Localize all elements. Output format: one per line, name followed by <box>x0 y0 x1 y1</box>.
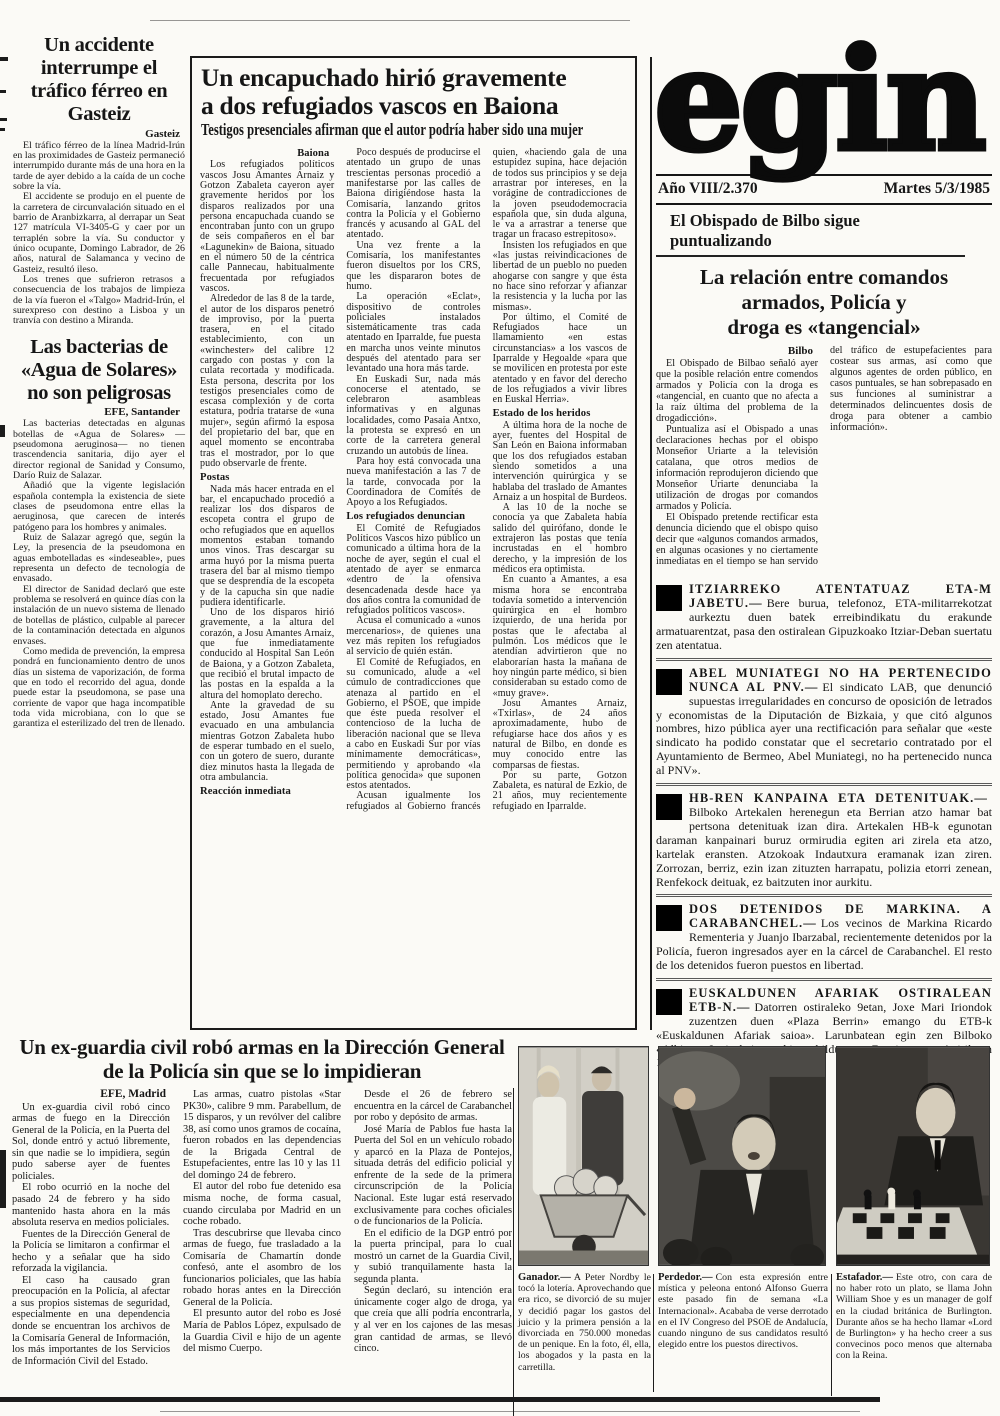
article-paragraph: Por su parte, Gotzon Zabaleta, es natura… <box>493 771 627 812</box>
article-paragraph: El accidente se produjo en el puente de … <box>13 192 185 275</box>
column-rule <box>513 1088 514 1416</box>
article-paragraph: El presunto autor del robo es José María… <box>183 1308 341 1354</box>
article-body: Las bacterias detectadas en algunas bote… <box>13 419 185 729</box>
photo-perdedor: Perdedor.—Con esta expresión entre místi… <box>658 1046 828 1350</box>
article-paragraph: Ante la gravedad de su estado, Josu Aman… <box>200 701 334 783</box>
brief-item: HB-REN KANPAINA ETA DETENITUAK.—Bilboko … <box>656 792 992 889</box>
black-square-bullet <box>656 989 682 1015</box>
scan-mark <box>0 128 5 131</box>
article-paragraph: En Euskadi Sur, nada más conocerse el at… <box>346 375 480 457</box>
article-paragraph: Según declaró, su intención era únicamen… <box>354 1285 512 1354</box>
article-headline: Las bacterias de «Agua de Solares» no so… <box>13 336 185 405</box>
newspaper-front-page: Un accidente interrumpe el tráfico férre… <box>0 0 1000 1416</box>
scan-mark <box>0 118 7 121</box>
lead-body: Baiona Los refugiados políticos vascos J… <box>200 148 627 1016</box>
lead-paragraphs: Los refugiados políticos vascos Josu Ama… <box>200 148 627 812</box>
article-paragraph: Los trenes que sufrieron retrasos a cons… <box>13 275 185 327</box>
caption-text: Con esta expresión entre mística y peleo… <box>658 1272 828 1350</box>
article-subhead: Postas <box>200 473 334 483</box>
article-paragraph: Alrededor de las 8 de la tarde, el autor… <box>200 294 334 469</box>
article-paragraph: Los refugiados políticos vascos Josu Ama… <box>200 160 334 294</box>
scan-line <box>150 20 630 21</box>
byline: EFE, Madrid <box>12 1089 166 1101</box>
scan-line <box>160 1411 860 1412</box>
article-paragraph: Uno de los disparos hirió gravemente, a … <box>200 608 334 701</box>
brief-separator <box>656 783 992 786</box>
scan-mark <box>0 57 8 61</box>
article-agua-solares: Las bacterias de «Agua de Solares» no so… <box>13 336 185 730</box>
scan-mark <box>0 90 6 93</box>
photo-ganador: Ganador.—A Peter Nordby le tocó la loter… <box>518 1046 651 1373</box>
article-paragraph: El autor del robo fue detenido esa misma… <box>183 1181 341 1227</box>
page-bottom-rule <box>0 1397 880 1402</box>
brief-item: ITZIARREKO ATENTATUAZ ETA-M JABETU.—Bere… <box>656 583 992 653</box>
caption-text: Este otro, con cara de no haber roto un … <box>836 1272 992 1361</box>
left-column: Un accidente interrumpe el tráfico férre… <box>13 34 185 730</box>
article-paragraph: Puntualiza así el Obispado a unas declar… <box>656 424 818 512</box>
article-subhead: Estado de los heridos <box>493 409 627 419</box>
article-obispado: El Obispado de Bilbo sigue puntualizando… <box>656 205 992 575</box>
estafador-photo-image <box>836 1046 990 1266</box>
caption-text: A Peter Nordby le tocó la lotería. Aprov… <box>518 1272 651 1373</box>
issue-date: Martes 5/3/1985 <box>884 180 990 198</box>
article-paragraph: Por último, el Comité de Refugiados hace… <box>493 313 627 406</box>
obispado-paragraphs: El Obispado de Bilbao señaló ayer que la… <box>656 345 992 575</box>
article-paragraph: El caso ha causado gran preocupación en … <box>12 1275 170 1367</box>
article-paragraph: Las bacterias detectadas en algunas bote… <box>13 419 185 481</box>
photo-estafador: Estafador.—Este otro, con cara de no hab… <box>836 1046 992 1362</box>
right-column: egin Año VIII/2.370 Martes 5/3/1985 El O… <box>656 38 992 1069</box>
brief-text: Bilboko Artekalen herenegun eta Berrian … <box>656 805 992 889</box>
lead-headline: Un encapuchado hirió gravemente a dos re… <box>201 64 627 119</box>
article-paragraph: Como medida de prevención, la empresa po… <box>13 647 185 730</box>
column-rule <box>650 57 652 1030</box>
article-paragraph: Un ex-guardia civil robó cinco armas de … <box>12 1102 170 1183</box>
brief-title: HB-REN KANPAINA ETA DETENITUAK.— <box>689 791 988 805</box>
article-paragraph: Tras descubrirse que llevaba cinco armas… <box>183 1228 341 1309</box>
article-paragraph: José María de Pablos fue hasta la Puerta… <box>354 1124 512 1228</box>
brief-separator <box>656 658 992 661</box>
article-paragraph: El tráfico férreo de la línea Madrid-Irú… <box>13 141 185 193</box>
scan-mark <box>0 425 5 437</box>
brief-separator <box>656 894 992 897</box>
black-square-bullet <box>656 585 682 611</box>
article-paragraph: Josu Amantes Arnaiz, «Txirlas», de 24 añ… <box>493 699 627 771</box>
photo-caption: Ganador.—A Peter Nordby le tocó la loter… <box>518 1272 651 1373</box>
article-paragraph: Poco después de producirse el atentado u… <box>346 148 480 241</box>
brief-separator <box>656 978 992 981</box>
article-paragraph: En cuanto a Amantes, a esa misma hora se… <box>493 575 627 699</box>
photo-caption: Estafador.—Este otro, con cara de no hab… <box>836 1272 992 1362</box>
caption-rule <box>831 1274 832 1396</box>
article-paragraph: El robo ocurrió en la noche del pasado 2… <box>12 1182 170 1228</box>
brief-item: ABEL MUNIATEGI NO HA PERTENECIDO NUNCA A… <box>656 667 992 778</box>
scan-mark <box>0 1150 6 1208</box>
article-headline: La relación entre comandos armados, Poli… <box>662 265 986 339</box>
article-subhead: Los refugiados denuncian <box>346 512 480 522</box>
article-paragraph: En el edificio de la DGP entró por la pu… <box>354 1228 512 1286</box>
article-headline: Un ex-guardia civil robó armas en la Dir… <box>12 1036 512 1083</box>
news-briefs: ITZIARREKO ATENTATUAZ ETA-M JABETU.—Bere… <box>656 583 992 1069</box>
article-paragraph: El Obispado de Bilbao señaló ayer que la… <box>656 358 818 424</box>
article-paragraph: Una vez frente a la Comisaría, los manif… <box>346 241 480 292</box>
column-3: Desde el 26 de febrero se encuentra en l… <box>354 1089 512 1367</box>
lead-story-box: Un encapuchado hirió gravemente a dos re… <box>190 56 637 1030</box>
column-1: EFE, Madrid Un ex-guardia civil robó cin… <box>12 1089 170 1367</box>
perdedor-photo-image <box>658 1046 826 1266</box>
article-paragraph: A última hora de la noche de ayer, fuent… <box>493 421 627 503</box>
article-body: Bilbo El Obispado de Bilbao señaló ayer … <box>656 345 992 575</box>
brief-text: El sindicato LAB, que denunció supuestas… <box>656 680 992 777</box>
article-paragraph: Añadió que la vigente legislación españo… <box>13 481 185 533</box>
ganador-photo-image <box>518 1046 649 1266</box>
article-body: El tráfico férreo de la línea Madrid-Irú… <box>13 141 185 327</box>
dateline: Bilbo <box>656 346 813 357</box>
article-paragraph: A las 10 de la noche se conocía ya que Z… <box>493 503 627 575</box>
article-paragraph: El Comité de Refugiados Políticos Vascos… <box>346 524 480 617</box>
article-paragraph: Fuentes de la Dirección General de la Po… <box>12 1229 170 1275</box>
brief-item: DOS DETENIDOS DE MARKINA. A CARABANCHEL.… <box>656 903 992 973</box>
column-paragraphs: Desde el 26 de febrero se encuentra en l… <box>354 1089 512 1355</box>
photo-caption: Perdedor.—Con esta expresión entre místi… <box>658 1272 828 1350</box>
egin-logo: egin <box>654 38 992 174</box>
lead-subhead: Testigos presenciales afirman que el aut… <box>201 120 627 140</box>
caption-lead: Perdedor.— <box>658 1272 713 1283</box>
dateline: EFE, Santander <box>13 406 180 418</box>
article-paragraph: Insisten los refugiados en que «las just… <box>493 241 627 313</box>
kicker: El Obispado de Bilbo sigue puntualizando <box>656 205 965 257</box>
article-headline: Un accidente interrumpe el tráfico férre… <box>13 34 185 127</box>
caption-rule <box>653 1274 654 1392</box>
article-paragraph: Para hoy está convocada una nueva manife… <box>346 457 480 508</box>
article-subhead: Reacción inmediata <box>200 787 334 797</box>
article-paragraph: Desde el 26 de febrero se encuentra en l… <box>354 1089 512 1124</box>
article-paragraph: Acusa el comunicado a «unos mercenarios»… <box>346 616 480 657</box>
article-paragraph: Las armas, cuatro pistolas «Star PK30», … <box>183 1089 341 1181</box>
caption-lead: Estafador.— <box>836 1272 893 1283</box>
article-gasteiz-accident: Un accidente interrumpe el tráfico férre… <box>13 34 185 327</box>
article-paragraph: Nada más hacer entrada en el bar, el enc… <box>200 485 334 609</box>
dateline: Baiona <box>200 149 329 159</box>
dateline: Gasteiz <box>13 128 180 140</box>
article-columns: EFE, Madrid Un ex-guardia civil robó cin… <box>12 1089 512 1367</box>
caption-lead: Ganador.— <box>518 1272 571 1283</box>
edition-number: Año VIII/2.370 <box>658 180 758 198</box>
black-square-bullet <box>656 794 682 820</box>
article-ex-guardia: Un ex-guardia civil robó armas en la Dir… <box>12 1036 512 1367</box>
column-paragraphs: Las armas, cuatro pistolas «Star PK30», … <box>183 1089 341 1355</box>
column-paragraphs: Un ex-guardia civil robó cinco armas de … <box>12 1102 170 1368</box>
article-paragraph: Ruiz de Salazar agregó que, según la Ley… <box>13 533 185 585</box>
article-paragraph: El director de Sanidad declaró que este … <box>13 585 185 647</box>
column-2: Las armas, cuatro pistolas «Star PK30», … <box>183 1089 341 1367</box>
black-square-bullet <box>656 905 682 931</box>
article-paragraph: El Comité de Refugiados, en su comunicad… <box>346 658 480 792</box>
article-paragraph: La operación «Eclat», dispositivo de con… <box>346 292 480 374</box>
black-square-bullet <box>656 669 682 695</box>
